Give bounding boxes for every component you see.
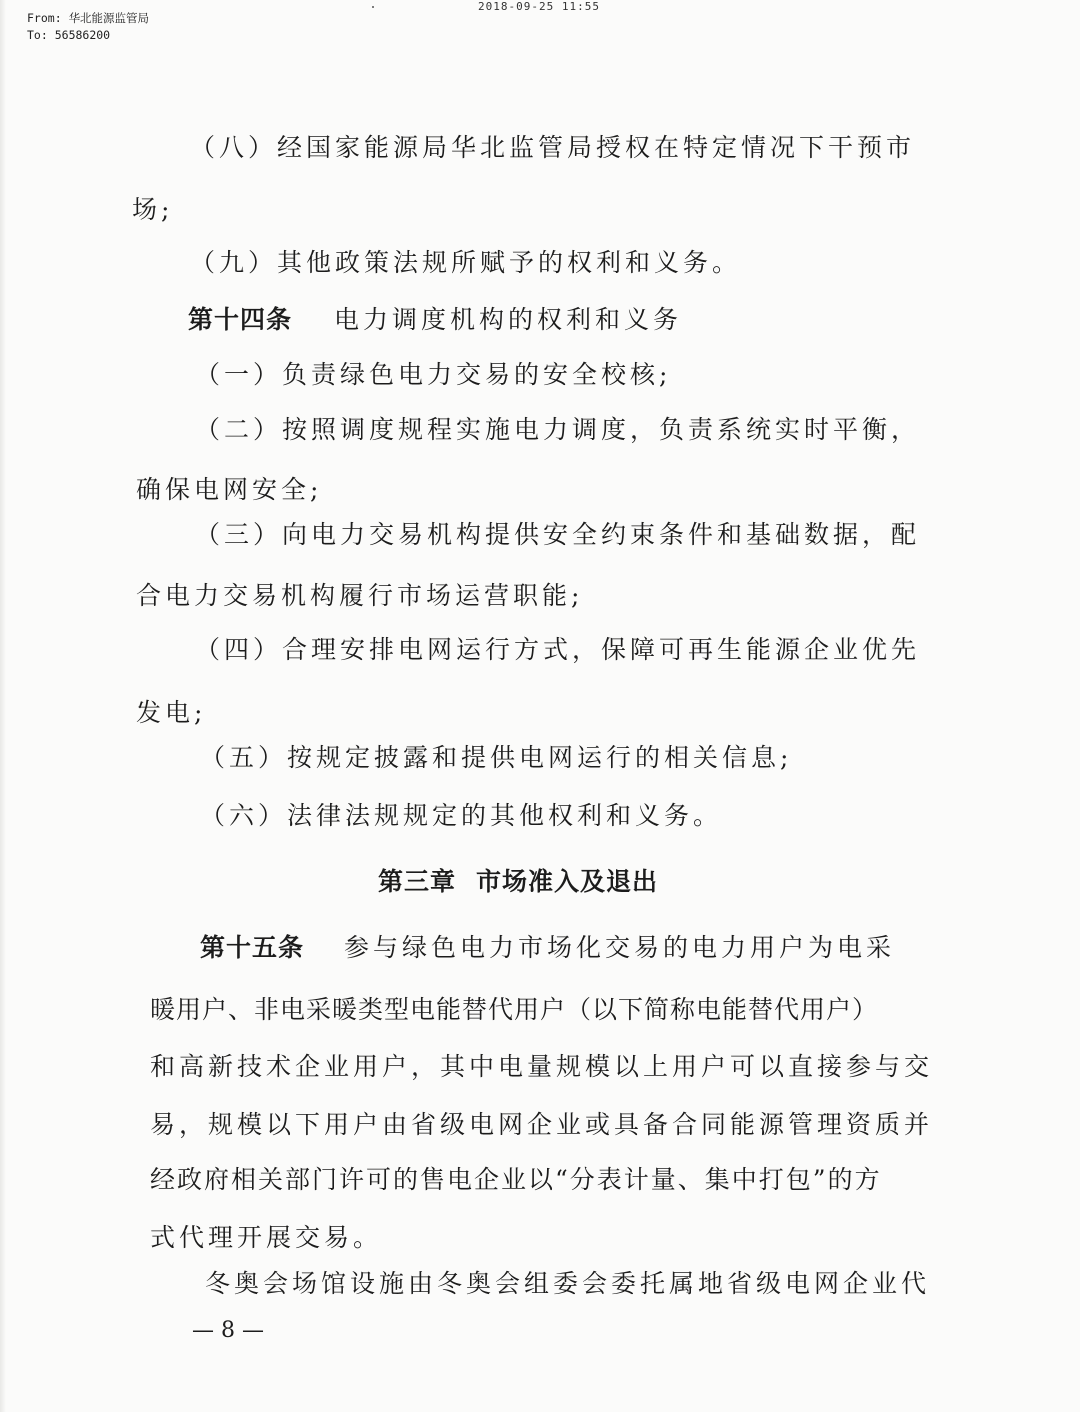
art14-item-3: （三）向电力交易机构提供安全约束条件和基础数据，配 [195, 515, 920, 551]
art14-item-2: （二）按照调度规程实施电力调度，负责系统实时平衡， [195, 410, 920, 446]
to-value: 56586200 [55, 28, 110, 42]
art14-item-1: （一）负责绿色电力交易的安全校核; [195, 355, 671, 391]
chapter-3-heading: 第三章市场准入及退出 [378, 862, 658, 898]
scan-speck [372, 6, 374, 8]
article-15-line-2: 暖用户、非电采暖类型电能替代用户（以下简称电能替代用户） [150, 990, 878, 1026]
article-15-line-4: 易，规模以下用户由省级电网企业或具备合同能源管理资质并 [150, 1105, 933, 1141]
art14-item-4: （四）合理安排电网运行方式，保障可再生能源企业优先 [195, 630, 920, 666]
fax-to: To: 56586200 [27, 27, 149, 44]
article-14: 第十四条电力调度机构的权利和义务 [188, 300, 682, 336]
chapter-title: 市场准入及退出 [476, 867, 658, 896]
fax-header: From: 华北能源监管局 To: 56586200 [27, 10, 149, 44]
article-15-heading: 第十五条 [200, 933, 304, 962]
art14-item-3-cont: 合电力交易机构履行市场运营职能; [136, 576, 583, 612]
fax-timestamp: 2018-09-25 11:55 [478, 0, 600, 13]
article-15-line-3: 和高新技术企业用户，其中电量规模以上用户可以直接参与交 [150, 1047, 933, 1083]
article-14-heading: 第十四条 [188, 305, 292, 334]
to-label: To: [27, 28, 48, 42]
fax-from: From: 华北能源监管局 [27, 10, 149, 27]
item-8: （八）经国家能源局华北监管局授权在特定情况下干预市 [190, 128, 915, 164]
page-number: — 8 — [192, 1318, 264, 1343]
article-15-line-6: 式代理开展交易。 [150, 1218, 382, 1254]
article-14-title: 电力调度机构的权利和义务 [334, 305, 682, 334]
art14-item-6: （六）法律法规规定的其他权利和义务。 [200, 796, 722, 832]
article-15-line-5: 经政府相关部门许可的售电企业以“分表计量、集中打包”的方 [150, 1160, 882, 1196]
item-8-cont: 场; [132, 190, 173, 226]
art14-item-5: （五）按规定披露和提供电网运行的相关信息; [200, 738, 792, 774]
item-9: （九）其他政策法规所赋予的权利和义务。 [190, 243, 741, 279]
article-15-text: 参与绿色电力市场化交易的电力用户为电采 [344, 933, 895, 962]
from-value: 华北能源监管局 [69, 11, 150, 25]
winter-olympics-paragraph: 冬奥会场馆设施由冬奥会组委会委托属地省级电网企业代 [205, 1264, 930, 1300]
art14-item-2-cont: 确保电网安全; [136, 470, 322, 506]
article-15: 第十五条参与绿色电力市场化交易的电力用户为电采 [200, 928, 895, 964]
art14-item-4-cont: 发电; [136, 693, 206, 729]
from-label: From: [27, 11, 62, 25]
chapter-number: 第三章 [378, 867, 456, 896]
scan-edge [0, 0, 6, 1412]
